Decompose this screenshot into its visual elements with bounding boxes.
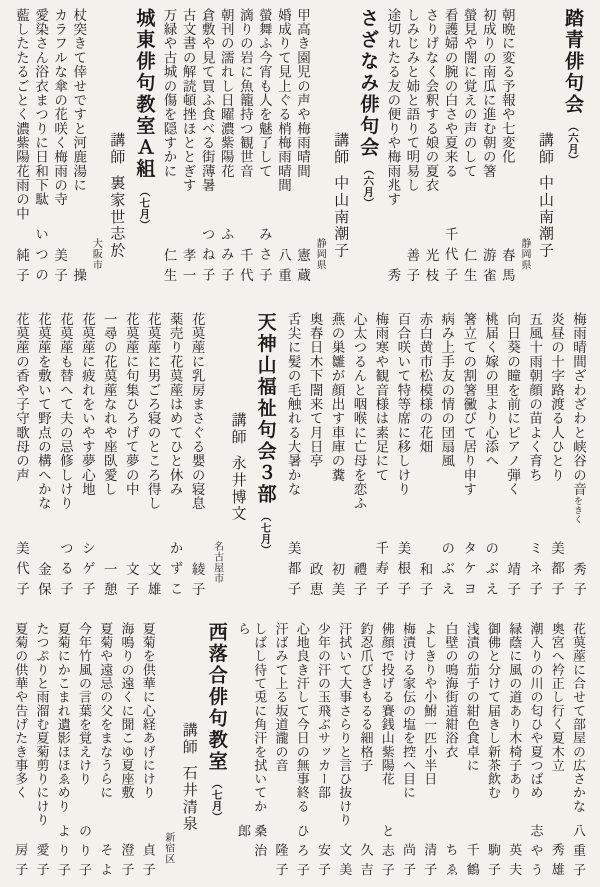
haiku-column: 汗拭いて大事さらりと言ひ抜けり文美 (336, 622, 352, 882)
haiku-column: 朝刊の濡れし日曜濃紫陽花ふみ子 (217, 8, 234, 288)
haiku-author: シゲ子 (78, 541, 95, 602)
haiku-text: 初成りの南瓜に進む朝の箸 (481, 8, 496, 178)
haiku-text: しみじみと姉と語りて明易し (404, 8, 419, 192)
haiku-author: 千代 (236, 248, 253, 289)
haiku-author: のぶえ (481, 541, 498, 602)
haiku-column: 初成りの南瓜に進む朝の箸游雀 (479, 8, 496, 288)
haiku-text-wrap: 桃届く嫁の里より心添へ (481, 312, 498, 468)
haiku-text: 花茣蓙に疲れをいやす夢心地 (80, 312, 95, 496)
haiku-text-wrap: 杖突きて倖せですと河鹿湯に (69, 8, 86, 192)
haiku-text: 婚成りて見上ぐる梢梅雨晴間 (276, 8, 291, 192)
haiku-text-wrap: 箸立ての割箸黴びて居り申す (459, 312, 476, 496)
haiku-author: そよ (97, 843, 113, 882)
haiku-text-wrap: 燕の巣雛が顔出す車庫の糞 (328, 312, 345, 482)
haiku-column: 海鳴りの遠くに聞こゆ夏座敷澄子 (118, 622, 134, 882)
haiku-text: さりげなく会釈する娘の夏衣 (423, 8, 438, 192)
haiku-column: 婚成りて見上ぐる梢梅雨晴間八重 (274, 8, 291, 288)
haiku-text-wrap: 心太つるんと咽喉に亡母を恋ふ (350, 312, 367, 510)
haiku-text: よしきりや小鮒一匹小半日 (422, 622, 437, 786)
haiku-column: 花茣蓙に疲れをいやす夢心地シゲ子 (78, 312, 95, 602)
section-header: 天神山福祉句会３部（七月）講師永井博文名古屋市 (210, 312, 279, 602)
haiku-column: 花茣蓙を敷いて野点の構へかな金保 (34, 312, 51, 602)
haiku-author: 美根子 (394, 541, 411, 602)
haiku-text: 心太つるんと咽喉に亡母を恋ふ (351, 312, 366, 510)
haiku-column: 佛顔で投げる賽銭山紫陽花と志子 (379, 622, 395, 882)
haiku-text: 梅雨晴間ざわざわと峡谷の音 (571, 312, 586, 496)
haiku-column: しみじみと姉と語りて明易し善子 (403, 8, 420, 288)
haiku-text: 藍したたるごとく濃紫陽花雨の中 (14, 8, 29, 221)
section-title-column: 城東俳句教室Ａ組（七月） (130, 8, 157, 288)
haiku-text-wrap: 途切れたる友の便りや梅雨兆す (383, 8, 400, 206)
haiku-column: 奥宮へ衿正し行く夏木立秀雄 (549, 622, 565, 882)
haiku-column: よしきりや小鮒一匹小半日清子 (421, 622, 437, 882)
haiku-text: 看護婦の腕の白さや夏来る (443, 8, 458, 178)
haiku-text: 潮入りの川の匂ひや夏つばめ (529, 622, 544, 799)
haiku-text: 甲高き園児の声や梅雨晴間 (295, 8, 310, 178)
haiku-column: 梅雨晴間ざわざわと峡谷の音をきく秀子 (569, 312, 586, 602)
haiku-author: 秀雄 (549, 843, 565, 882)
haiku-text: カラフルな傘の花咲く梅雨の寺 (52, 8, 67, 206)
haiku-text-wrap: カラフルな傘の花咲く梅雨の寺 (50, 8, 67, 206)
section-title: 西落合俳句教室 (203, 622, 230, 772)
haiku-column: 花茣蓙に句集ひろげて夢の中文子 (122, 312, 139, 602)
haiku-text: 奥春日木下闇来て月日亭 (308, 312, 323, 468)
haiku-text-wrap: 緑蔭に風の道あり木椅子あり (506, 622, 522, 799)
haiku-column: 緑蔭に風の道あり木椅子あり英夫 (506, 622, 522, 882)
haiku-text-wrap: 花茣蓙の香や子守歌母の声 (12, 312, 29, 482)
lecturer-name: 中山南潮子 (330, 175, 351, 259)
haiku-text-wrap: 花茣蓙に乳房まさぐる嬰の寝息 (188, 312, 205, 510)
haiku-text-wrap: 赤白黄市松模様の花畑 (415, 312, 432, 454)
haiku-author: 八重 (274, 248, 291, 289)
lecturer-label: 講師 (106, 132, 127, 166)
haiku-column: たつぷりと雨溜む夏菊剪りにけり愛子 (33, 622, 49, 882)
section-place: 新宿区 (161, 832, 176, 864)
haiku-text: 佛顔で投げる賽銭山紫陽花 (380, 622, 395, 786)
haiku-text-wrap: 汗ばみて上る坂道瀧の音 (272, 622, 288, 772)
haiku-text-wrap: 舌尖に髪の毛触れる大暑かな (284, 312, 301, 496)
lecturer-label: 講師 (179, 722, 200, 756)
haiku-text-wrap: 炎昼の十字路渡る人ひとり (547, 312, 564, 482)
haiku-author: 尚子 (400, 843, 416, 882)
haiku-column: 五風十雨朝顔の苗よく育ちミネ子 (525, 312, 542, 602)
haiku-text-wrap: 螢舞ふ今宵も人を魅了して (255, 8, 272, 178)
haiku-text-wrap: 一尋の花茣蓙なれや座臥愛し (100, 312, 117, 496)
section-title-column: 西落合俳句教室（七月） (203, 622, 230, 882)
haiku-column: 奥春日木下闇来て月日亭政恵 (306, 312, 323, 602)
haiku-text: 途切れたる友の便りや梅雨兆す (385, 8, 400, 206)
haiku-text: 浅漬の茄子の紺色食卓に (465, 622, 480, 772)
haiku-author: 愛子 (33, 843, 49, 882)
lecturer-line: 講師裏家世志於 (106, 8, 127, 288)
haiku-text-small: をきく (573, 496, 583, 524)
haiku-text: 緑蔭に風の道あり木椅子あり (507, 622, 522, 799)
haiku-text: 倉敷や見て買ふ食べる街薄暑 (200, 8, 215, 192)
haiku-text-wrap: 花茣蓙に疲れをいやす夢心地 (78, 312, 95, 496)
haiku-text-wrap: 藍したたるごとく濃紫陽花雨の中 (12, 8, 29, 221)
haiku-author: みさ子 (255, 227, 272, 288)
haiku-author: つる子 (56, 541, 73, 602)
haiku-column: 燕の巣雛が顔出す車庫の糞初美 (328, 312, 345, 602)
haiku-text-wrap: 螢見や闇に覚えの声のして (460, 8, 477, 178)
haiku-text-wrap: 釣忍爪びきもるる細格子 (357, 622, 373, 772)
haiku-author: より子 (55, 824, 71, 883)
lecturer-name: 石井清泉 (179, 765, 200, 832)
haiku-author: 安子 (315, 843, 331, 882)
haiku-text: 夏菊の供華や告げたき事多く (13, 622, 28, 799)
haiku-author: 善子 (403, 248, 420, 289)
haiku-column: 百合咲いて特等席に移しけり美根子 (394, 312, 411, 602)
haiku-column: 甲高き園児の声や梅雨晴間憲蔵 (293, 8, 310, 288)
haiku-text: 朝晩に変る予報や七変化 (500, 8, 515, 164)
section-place-column: 大阪市 (88, 8, 103, 288)
haiku-text: 炎昼の十字路渡る人ひとり (549, 312, 564, 482)
lecturer-label: 講師 (330, 132, 351, 166)
haiku-author: と志子 (379, 824, 395, 883)
haiku-text-wrap: 心地良き汗して今日の無事終る (294, 622, 310, 813)
haiku-text: たつぷりと雨溜む夏菊剪りにけり (35, 622, 50, 827)
haiku-text-wrap: 向日葵の瞳を前にピアノ弾く (503, 312, 520, 496)
haiku-author: 貞子 (140, 843, 156, 882)
haiku-column: 花茣蓙に男ごろ寝のところ得し文雄 (144, 312, 161, 602)
haiku-text-wrap: 花茣蓙に句集ひろげて夢の中 (122, 312, 139, 496)
haiku-column: さりげなく会釈する娘の夏衣光枝 (422, 8, 439, 288)
haiku-author: ちゑ (442, 843, 458, 882)
lecturer-name: 裏家世志於 (106, 175, 127, 259)
section-place-column: 新宿区 (161, 622, 176, 882)
haiku-author: 美代子 (12, 541, 29, 602)
haiku-text: 夏菊を供華に心経あげにけり (141, 622, 156, 799)
haiku-author: 清子 (421, 843, 437, 882)
haiku-column: 少年の汗の玉飛ぶサッカー部安子 (315, 622, 331, 882)
haiku-text-wrap: しばし待て兎に角汗を拭いてから (235, 622, 268, 824)
section-place-column: 名古屋市 (210, 312, 225, 602)
haiku-text-wrap: 花茣蓙を敷いて野点の構へかな (34, 312, 51, 510)
haiku-author: 千鶴 (464, 843, 480, 882)
section-header: 踏青俳句会（六月）講師中山南潮子静岡県 (517, 8, 586, 288)
haiku-text: 今年竹風の言葉を覚えけり (77, 622, 92, 786)
haiku-text-wrap: 婚成りて見上ぐる梢梅雨晴間 (274, 8, 291, 192)
haiku-author: 隆子 (272, 843, 288, 882)
haiku-text: 朝刊の濡れし日曜濃紫陽花 (219, 8, 234, 178)
haiku-column: 夏菊を供華に心経あげにけり貞子 (140, 622, 156, 882)
haiku-column: 螢見や闇に覚えの声のして仁生 (460, 8, 477, 288)
haiku-text: 白壁の鳴海街道紺浴衣 (444, 622, 459, 759)
haiku-author: 秀子 (569, 562, 586, 603)
haiku-text: 一尋の花茣蓙なれや座臥愛し (102, 312, 117, 496)
section-place: 大阪市 (88, 238, 103, 270)
haiku-text-wrap: 白壁の鳴海街道紺浴衣 (442, 622, 458, 759)
haiku-author: のぶえ (437, 541, 454, 602)
haiku-text: 汗ばみて上る坂道瀧の音 (274, 622, 289, 772)
haiku-text: 花茣蓙に男ごろ寝のところ得し (146, 312, 161, 510)
haiku-text: 病み上手友の情の団扇風 (439, 312, 454, 468)
section-month: （七月） (258, 511, 273, 555)
haiku-column: 藍したたるごとく濃紫陽花雨の中純子 (12, 8, 29, 288)
haiku-column: 桃届く嫁の里より心添へのぶえ (481, 312, 498, 602)
haiku-author: 政恵 (306, 562, 323, 603)
haiku-column: 螢舞ふ今宵も人を魅了してみさ子 (255, 8, 272, 288)
haiku-text-wrap: 梅漬ける家伝の塩を控へ目に (400, 622, 416, 799)
haiku-column: 花茣蓙に乳房まさぐる嬰の寝息綾子 (188, 312, 205, 602)
haiku-text-wrap: 五風十雨朝顔の苗よく育ち (525, 312, 542, 482)
haiku-text: 向日葵の瞳を前にピアノ弾く (505, 312, 520, 496)
haiku-author: 靖子 (503, 562, 520, 603)
haiku-author: 英夫 (506, 843, 522, 882)
haiku-text-wrap: 朝刊の濡れし日曜濃紫陽花 (217, 8, 234, 178)
haiku-column: 朝晩に変る予報や七変化春馬 (498, 8, 515, 288)
haiku-author: 澄子 (118, 843, 134, 882)
lecturer-line: 講師中山南潮子 (535, 8, 556, 288)
haiku-text: 花茣蓙を敷いて野点の構へかな (36, 312, 51, 510)
haiku-text-wrap: 今年竹風の言葉を覚えけり (76, 622, 92, 786)
lecturer-name: 永井博文 (228, 455, 249, 522)
haiku-text-wrap: 梅雨寒や観音様は素足にて (372, 312, 389, 482)
haiku-text-wrap: 夏菊を供華に心経あげにけり (140, 622, 156, 799)
haiku-author: 文美 (336, 843, 352, 882)
haiku-text-wrap: 滴りの岩に魚籠持つ観世音 (236, 8, 253, 178)
haiku-column: 病み上手友の情の団扇風のぶえ (437, 312, 454, 602)
haiku-text: 古文書の解読頓挫ほととぎす (181, 8, 196, 192)
haiku-author: 千代子 (441, 227, 458, 288)
haiku-author: 秀 (383, 268, 400, 288)
section-title-column: 踏青俳句会（六月） (559, 8, 586, 288)
haiku-text-wrap: 佛顔で投げる賽銭山紫陽花 (379, 622, 395, 786)
section-place-column: 静岡県 (312, 8, 327, 288)
haiku-text: 万緑や古城の傷を隠すかに (162, 8, 177, 178)
haiku-text-wrap: しみじみと姉と語りて明易し (403, 8, 420, 192)
haiku-text: 花茣蓙に合せて部屋の広さかな (571, 622, 586, 813)
section-title-column: さざなみ俳句会（六月） (354, 8, 381, 288)
haiku-text-wrap: 夏菊の供華や告げたき事多く (12, 622, 28, 799)
haiku-text-wrap: 愛染さん浴衣まつりに日和下駄 (31, 8, 48, 206)
haiku-text: 奥宮へ衿正し行く夏木立 (550, 622, 565, 772)
section-place: 静岡県 (517, 238, 532, 270)
haiku-column: 炎昼の十字路渡る人ひとり美都子 (547, 312, 564, 602)
haiku-column: 夏菊や遠忌の父をまなうらにそよ (97, 622, 113, 882)
haiku-author: 操 (69, 268, 86, 288)
section-month: （六月） (360, 164, 375, 208)
haiku-column: 潮入りの川の匂ひや夏つばめ志やう (527, 622, 543, 882)
haiku-text-wrap: 倉敷や見て買ふ食べる街薄暑 (198, 8, 215, 192)
haiku-author: 仁生 (460, 248, 477, 289)
haiku-text-wrap: 海鳴りの遠くに聞こゆ夏座敷 (118, 622, 134, 799)
haiku-author: 純子 (12, 248, 29, 289)
haiku-author: 房子 (12, 843, 28, 882)
haiku-text-wrap: 花茣蓙に合せて部屋の広さかな (570, 622, 586, 813)
haiku-text: 五風十雨朝顔の苗よく育ち (527, 312, 542, 482)
haiku-author: ミネ子 (525, 541, 542, 602)
haiku-author: タケヨ (459, 541, 476, 602)
haiku-text-wrap: 夏菊や遠忌の父をまなうらに (97, 622, 113, 799)
haiku-column: 梅雨寒や観音様は素足にて千寿子 (372, 312, 389, 602)
haiku-column: 今年竹風の言葉を覚えけりのり子 (76, 622, 92, 882)
haiku-column: 梅漬ける家伝の塩を控へ目に尚子 (400, 622, 416, 882)
haiku-text: 箸立ての割箸黴びて居り申す (461, 312, 476, 496)
haiku-text-wrap: 花茣蓙も替へて夫の忌修しけり (56, 312, 73, 510)
haiku-author: 美都子 (547, 541, 564, 602)
haiku-column: 釣忍爪びきもるる細格子久吉 (357, 622, 373, 882)
section-place: 名古屋市 (210, 541, 225, 584)
haiku-column: 花茣蓙に合せて部屋の広さかな八重子 (570, 622, 586, 882)
haiku-text-wrap: 潮入りの川の匂ひや夏つばめ (527, 622, 543, 799)
section-header: さざなみ俳句会（六月）講師中山南潮子静岡県 (312, 8, 381, 288)
haiku-text-wrap: 万緑や古城の傷を隠すかに (160, 8, 177, 178)
haiku-author: 文雄 (144, 562, 161, 603)
haiku-column: 夏菊にかこまれ遺影ほほゑめりより子 (55, 622, 71, 882)
haiku-text-wrap: 御佛と分けて届きし新茶飲む (485, 622, 501, 799)
haiku-column: 赤白黄市松模様の花畑和子 (415, 312, 432, 602)
haiku-text: 少年の汗の玉飛ぶサッカー部 (316, 622, 331, 799)
haiku-text: 夏菊や遠忌の父をまなうらに (98, 622, 113, 799)
haiku-text: 舌尖に髪の毛触れる大暑かな (286, 312, 301, 496)
haiku-column: 白壁の鳴海街道紺浴衣ちゑ (442, 622, 458, 882)
haiku-text-wrap: 病み上手友の情の団扇風 (437, 312, 454, 468)
haiku-column: 浅漬の茄子の紺色食卓に千鶴 (464, 622, 480, 882)
haiku-author: 光枝 (422, 248, 439, 289)
haiku-text-wrap: さりげなく会釈する娘の夏衣 (422, 8, 439, 192)
haiku-text: 梅雨寒や観音様は素足にて (373, 312, 388, 482)
section-month: （七月） (136, 186, 151, 230)
haiku-column: 心太つるんと咽喉に亡母を恋ふ禮子 (350, 312, 367, 602)
haiku-author: 仁生 (160, 248, 177, 289)
haiku-text-wrap: 初成りの南瓜に進む朝の箸 (479, 8, 496, 178)
haiku-text: 桃届く嫁の里より心添へ (483, 312, 498, 468)
haiku-column: 途切れたる友の便りや梅雨兆す秀 (383, 8, 400, 288)
section-title: さざなみ俳句会 (354, 8, 381, 158)
haiku-text: 花茣蓙に乳房まさぐる嬰の寝息 (190, 312, 205, 510)
haiku-column: 花茣蓙の香や子守歌母の声美代子 (12, 312, 29, 602)
scanned-haiku-journal-page: 踏青俳句会（六月）講師中山南潮子静岡県朝晩に変る予報や七変化春馬初成りの南瓜に進… (0, 0, 600, 887)
haiku-text: 愛染さん浴衣まつりに日和下駄 (33, 8, 48, 206)
haiku-author: 美都子 (284, 541, 301, 602)
haiku-text-wrap: 梅雨晴間ざわざわと峡谷の音をきく (569, 312, 586, 524)
lecturer-line: 講師石井清泉 (179, 622, 200, 882)
lecturer-label: 講師 (228, 412, 249, 446)
haiku-author: 初美 (328, 562, 345, 603)
lecturer-line: 講師永井博文 (228, 312, 249, 602)
haiku-author: のり子 (76, 824, 92, 883)
haiku-author: 游雀 (479, 248, 496, 289)
haiku-text: 螢見や闇に覚えの声のして (462, 8, 477, 178)
haiku-author: 駒子 (485, 843, 501, 882)
lecturer-label: 講師 (535, 132, 556, 166)
section-place-column: 静岡県 (517, 8, 532, 288)
haiku-author: 金保 (34, 562, 51, 603)
haiku-text: しばし待て兎に角汗を拭いてから (236, 622, 267, 813)
haiku-text: 螢舞ふ今宵も人を魅了して (257, 8, 272, 178)
haiku-author: 久吉 (357, 843, 373, 882)
haiku-column: 向日葵の瞳を前にピアノ弾く靖子 (503, 312, 520, 602)
section-title: 踏青俳句会 (559, 8, 586, 115)
haiku-text-wrap: 奥宮へ衿正し行く夏木立 (549, 622, 565, 772)
text-band-middle: 梅雨晴間ざわざわと峡谷の音をきく秀子炎昼の十字路渡る人ひとり美都子五風十雨朝顔の… (12, 312, 586, 602)
text-band-bottom: 花茣蓙に合せて部屋の広さかな八重子奥宮へ衿正し行く夏木立秀雄潮入りの川の匂ひや夏… (12, 622, 586, 882)
haiku-author: 孝一 (179, 248, 196, 289)
haiku-column: 夏菊の供華や告げたき事多く房子 (12, 622, 28, 882)
haiku-text-wrap: 汗拭いて大事さらりと言ひ抜けり (336, 622, 352, 827)
haiku-author: 桑治郎 (235, 824, 268, 882)
haiku-author: 春馬 (498, 248, 515, 289)
haiku-column: しばし待て兎に角汗を拭いてから桑治郎 (235, 622, 268, 882)
haiku-text-wrap: 百合咲いて特等席に移しけり (394, 312, 411, 496)
section-header: 城東俳句教室Ａ組（七月）講師裏家世志於大阪市 (88, 8, 157, 288)
haiku-author: 美子 (50, 248, 67, 289)
haiku-text-wrap: よしきりや小鮒一匹小半日 (421, 622, 437, 786)
haiku-author: 千寿子 (372, 541, 389, 602)
section-title-column: 天神山福祉句会３部（七月） (252, 312, 279, 602)
haiku-text-wrap: 看護婦の腕の白さや夏来る (441, 8, 458, 178)
haiku-author: 一憩 (100, 562, 117, 603)
haiku-author: ふみ子 (217, 227, 234, 288)
haiku-column: 花茣蓙も替へて夫の忌修しけりつる子 (56, 312, 73, 602)
haiku-author: 憲蔵 (293, 248, 310, 289)
haiku-text-wrap: 奥春日木下闇来て月日亭 (306, 312, 323, 468)
haiku-column: 舌尖に髪の毛触れる大暑かな美都子 (284, 312, 301, 602)
haiku-text: 百合咲いて特等席に移しけり (395, 312, 410, 496)
haiku-text-wrap: 薬売り花茣蓙はめてひと休み (166, 312, 183, 496)
haiku-column: 杖突きて倖せですと河鹿湯に操 (69, 8, 86, 288)
haiku-column: 古文書の解読頓挫ほととぎす孝一 (179, 8, 196, 288)
haiku-text: 滴りの岩に魚籠持つ観世音 (238, 8, 253, 178)
section-month: （六月） (565, 121, 580, 165)
haiku-column: 心地良き汗して今日の無事終るひろ子 (294, 622, 310, 882)
haiku-column: 愛染さん浴衣まつりに日和下駄いつの (31, 8, 48, 288)
haiku-text: 海鳴りの遠くに聞こゆ夏座敷 (120, 622, 135, 799)
haiku-author: 八重子 (570, 824, 586, 883)
haiku-text: 薬売り花茣蓙はめてひと休み (168, 312, 183, 496)
haiku-text: 夏菊にかこまれ遺影ほほゑめり (56, 622, 71, 813)
lecturer-line: 講師中山南潮子 (330, 8, 351, 288)
haiku-text: 杖突きて倖せですと河鹿湯に (71, 8, 86, 192)
haiku-text-wrap: 古文書の解読頓挫ほととぎす (179, 8, 196, 192)
section-title: 城東俳句教室Ａ組 (130, 8, 157, 180)
haiku-author: 文子 (122, 562, 139, 603)
haiku-text-wrap: 甲高き園児の声や梅雨晴間 (293, 8, 310, 178)
text-band-top: 踏青俳句会（六月）講師中山南潮子静岡県朝晩に変る予報や七変化春馬初成りの南瓜に進… (12, 8, 586, 288)
haiku-column: 倉敷や見て買ふ食べる街薄暑つね子 (198, 8, 215, 288)
haiku-column: 箸立ての割箸黴びて居り申すタケヨ (459, 312, 476, 602)
haiku-author: 綾子 (188, 562, 205, 603)
haiku-column: 滴りの岩に魚籠持つ観世音千代 (236, 8, 253, 288)
haiku-column: 御佛と分けて届きし新茶飲む駒子 (485, 622, 501, 882)
haiku-author: 和子 (415, 562, 432, 603)
lecturer-name: 中山南潮子 (535, 175, 556, 259)
haiku-text-wrap: 少年の汗の玉飛ぶサッカー部 (315, 622, 331, 799)
haiku-text: 御佛と分けて届きし新茶飲む (486, 622, 501, 799)
haiku-text: 汗拭いて大事さらりと言ひ抜けり (337, 622, 352, 827)
haiku-column: 万緑や古城の傷を隠すかに仁生 (160, 8, 177, 288)
haiku-text: 花茣蓙も替へて夫の忌修しけり (58, 312, 73, 510)
haiku-text: 釣忍爪びきもるる細格子 (359, 622, 374, 772)
haiku-column: カラフルな傘の花咲く梅雨の寺美子 (50, 8, 67, 288)
haiku-author: かずこ (166, 541, 183, 602)
haiku-text: 花茣蓙に句集ひろげて夢の中 (124, 312, 139, 496)
haiku-text: 花茣蓙の香や子守歌母の声 (14, 312, 29, 482)
haiku-column: 看護婦の腕の白さや夏来る千代子 (441, 8, 458, 288)
haiku-text-wrap: 夏菊にかこまれ遺影ほほゑめり (55, 622, 71, 813)
haiku-author: ひろ子 (294, 824, 310, 883)
section-month: （七月） (209, 778, 224, 822)
haiku-text-wrap: 花茣蓙に男ごろ寝のところ得し (144, 312, 161, 510)
haiku-text: 赤白黄市松模様の花畑 (417, 312, 432, 454)
haiku-text: 心地良き汗して今日の無事終る (295, 622, 310, 813)
section-place: 静岡県 (312, 238, 327, 270)
haiku-author: つね子 (198, 227, 215, 288)
haiku-column: 汗ばみて上る坂道瀧の音隆子 (272, 622, 288, 882)
section-title: 天神山福祉句会３部 (252, 312, 279, 505)
haiku-column: 一尋の花茣蓙なれや座臥愛し一憩 (100, 312, 117, 602)
